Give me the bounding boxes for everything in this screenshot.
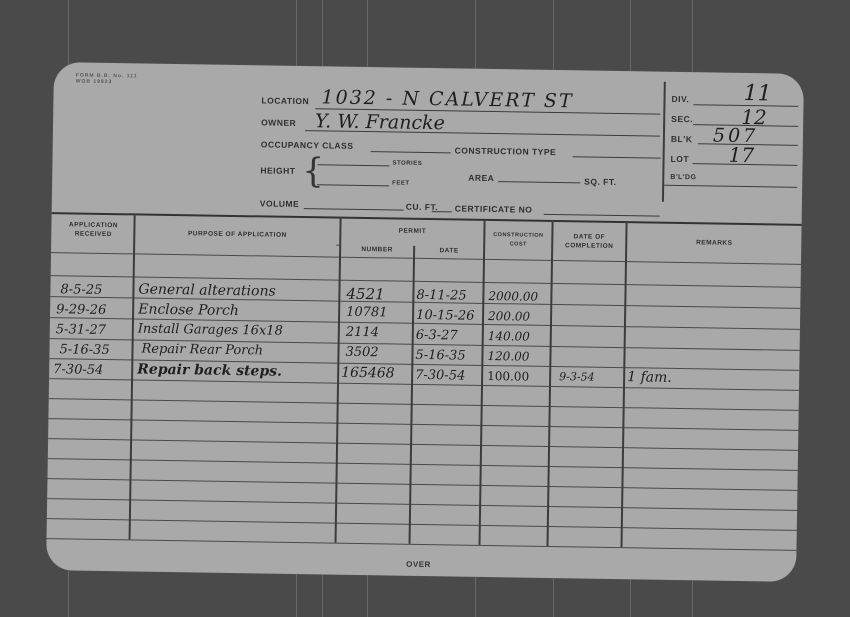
- stories-label: STORIES: [392, 160, 422, 166]
- over-label: OVER: [406, 560, 431, 569]
- header-cost: CONSTRUCTION COST: [487, 231, 549, 250]
- owner-label: OWNER: [261, 117, 296, 128]
- header-completion: DATE OF COMPLETION: [553, 232, 625, 251]
- owner-value: Y. W. Francke: [315, 110, 445, 134]
- lot-value: 17: [728, 143, 754, 167]
- header-date: DATE: [415, 246, 483, 256]
- header-purpose: PURPOSE OF APPLICATION: [135, 228, 339, 240]
- certificate-label: CERTIFICATE NO: [455, 203, 533, 214]
- construction-type-label: CONSTRUCTION TYPE: [455, 145, 557, 157]
- lot-label: LOT: [671, 154, 690, 164]
- feet-label: FEET: [392, 180, 409, 186]
- sec-label: SEC.: [671, 114, 693, 124]
- div-value: 11: [743, 81, 771, 106]
- volume-label: VOLUME: [260, 198, 300, 209]
- permit-card: FORM B.B. No. 111 WOB 19823 LOCATION 103…: [46, 62, 804, 582]
- brace-icon: {: [302, 154, 324, 188]
- height-label: HEIGHT: [260, 165, 295, 176]
- header-permit: PERMIT: [341, 226, 483, 237]
- sq-ft-label: SQ. FT.: [584, 176, 616, 187]
- header-remarks: REMARKS: [627, 237, 801, 249]
- occupancy-class-label: OCCUPANCY CLASS: [261, 139, 354, 150]
- location-value: 1032 - N CALVERT ST: [321, 86, 573, 112]
- bldg-label: B'L'DG: [670, 174, 696, 181]
- permit-table: APPLICATION RECEIVED PURPOSE OF APPLICAT…: [46, 212, 801, 559]
- area-label: AREA: [468, 173, 494, 183]
- form-number: FORM B.B. No. 111 WOB 19823: [76, 72, 138, 85]
- div-label: DIV.: [671, 94, 689, 104]
- header-received: APPLICATION RECEIVED: [53, 220, 133, 239]
- location-label: LOCATION: [261, 95, 309, 106]
- header-number: NUMBER: [341, 245, 413, 255]
- blk-label: BL'K: [671, 134, 693, 144]
